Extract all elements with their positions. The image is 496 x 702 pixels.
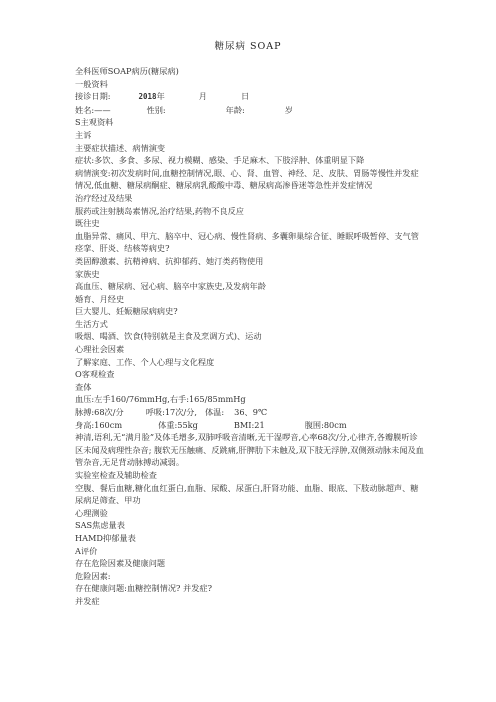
- exam-findings-text: 神清,语利,无“满月脸”及体毛增多,双肺呼吸音清晰,无干湿啰音,心率68次/分,…: [75, 431, 425, 469]
- symptoms-text: 症状:多饮、多食、多尿、视力模糊、感染、手足麻木、下肢浮肿、体重明显下降: [75, 154, 425, 167]
- section-assessment: A评价: [75, 545, 425, 558]
- treatment-text: 服药或注射胰岛素情况,治疗结果,药物不良反应: [75, 205, 425, 218]
- lab-tests-text: 空腹、餐后血糖,糖化血红蛋白,血脂、尿酸、尿蛋白,肝肾功能、血脂、眼底、下肢动脉…: [75, 482, 425, 507]
- disease-course-text: 病情演变:初次发病时间,血糖控制情况,眼、心、肾、血管、神经、足、皮肤、胃肠等慢…: [75, 167, 425, 192]
- vitals-row: 脉搏:68次/分呼吸:17次/分,体温:36、9℃: [75, 406, 425, 419]
- body-measurements-row: 身高:160cm体重:55kgBMI:21腹围:80cm: [75, 419, 425, 432]
- document-body: 全科医师SOAP病历(糖尿病) 一般资料 接诊日期:2018年月日 姓名:——性…: [75, 65, 425, 608]
- lifestyle-text: 吸烟、喝酒、饮食(特别就是主食及烹调方式)、运动: [75, 330, 425, 343]
- risk-factors-label: 危险因素:: [75, 570, 425, 583]
- past-history-text: 血脂异常、痛风、甲亢、脑卒中、冠心病、慢性肾病、多囊卵巢综合征、睡眠呼吸暂停、支…: [75, 230, 425, 255]
- psychosocial-heading: 心理社会因素: [75, 343, 425, 356]
- physical-exam-heading: 查体: [75, 381, 425, 394]
- section-objective: O客观检查: [75, 368, 425, 381]
- record-heading: 全科医师SOAP病历(糖尿病): [75, 65, 425, 78]
- symptom-heading: 主要症状描述、病情演变: [75, 142, 425, 155]
- health-problems-text: 存在健康问题:血糖控制情况? 并发症?: [75, 582, 425, 595]
- family-history-heading: 家族史: [75, 268, 425, 281]
- sas-scale: SAS焦虑量表: [75, 519, 425, 532]
- blood-pressure-row: 血压:左手160/76mmHg,右手:165/85mmHg: [75, 393, 425, 406]
- psych-tests-heading: 心理测验: [75, 507, 425, 520]
- obstetric-history-text: 巨大婴儿、妊娠糖尿病病史?: [75, 305, 425, 318]
- medication-history-text: 类固醇激素、抗精神病、抗抑郁药、她汀类药物使用: [75, 255, 425, 268]
- demographics-row: 姓名:——性别:年龄:岁: [75, 104, 425, 117]
- complications-heading: 并发症: [75, 595, 425, 608]
- risk-and-problems-heading: 存在危险因素及健康问题: [75, 557, 425, 570]
- psychosocial-text: 了解家庭、工作、个人心理与文化程度: [75, 356, 425, 369]
- treatment-heading: 治疗经过及结果: [75, 192, 425, 205]
- hamd-scale: HAMD抑郁量表: [75, 532, 425, 545]
- past-history-heading: 既往史: [75, 217, 425, 230]
- section-general-info: 一般资料: [75, 78, 425, 91]
- chief-complaint-heading: 主诉: [75, 129, 425, 142]
- section-subjective: S主观资料: [75, 116, 425, 129]
- document-title: 糖尿病 SOAP: [0, 38, 496, 52]
- lab-tests-heading: 实验室检查及辅助检查: [75, 469, 425, 482]
- family-history-text: 高血压、糖尿病、冠心病、脑卒中家族史,及发病年龄: [75, 280, 425, 293]
- obstetric-history-heading: 婚育、月经史: [75, 293, 425, 306]
- lifestyle-heading: 生活方式: [75, 318, 425, 331]
- visit-date-row: 接诊日期:2018年月日: [75, 90, 425, 104]
